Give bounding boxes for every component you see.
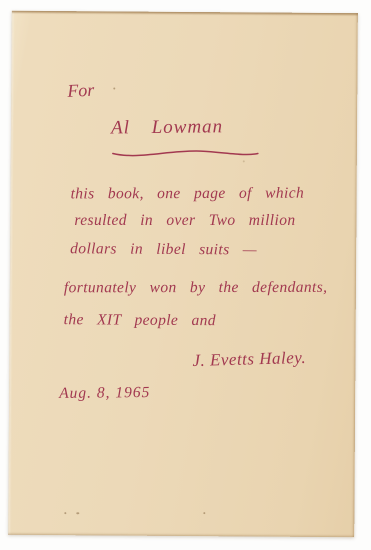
inscription-body-line-2: resulted in over Two million — [74, 213, 295, 228]
inscription-body-line-3: dollars in libel suits — — [70, 241, 257, 258]
page-speck — [203, 512, 205, 514]
inscription-body-line-5: the XIT people and — [64, 312, 216, 329]
page-speck — [76, 512, 79, 514]
page-speck — [113, 88, 115, 90]
page-top-edge — [12, 11, 358, 16]
inscription-recipient-name: Al Lowman — [111, 117, 223, 137]
underline-flourish-stroke — [109, 145, 261, 164]
inscription-date: Aug. 8, 1965 — [59, 385, 150, 401]
page-speck — [243, 160, 245, 162]
book-page: For Al Lowman this book, one page of whi… — [8, 11, 358, 537]
inscription-body-line-1: this book, one page of which — [71, 186, 305, 202]
book-page-photo: For Al Lowman this book, one page of whi… — [0, 0, 371, 550]
inscription-signature: J. Evetts Haley. — [192, 349, 306, 369]
inscription-body-line-4: fortunately won by the defendants, — [64, 280, 328, 296]
inscription-salutation: For — [67, 81, 95, 100]
page-speck — [64, 512, 66, 514]
